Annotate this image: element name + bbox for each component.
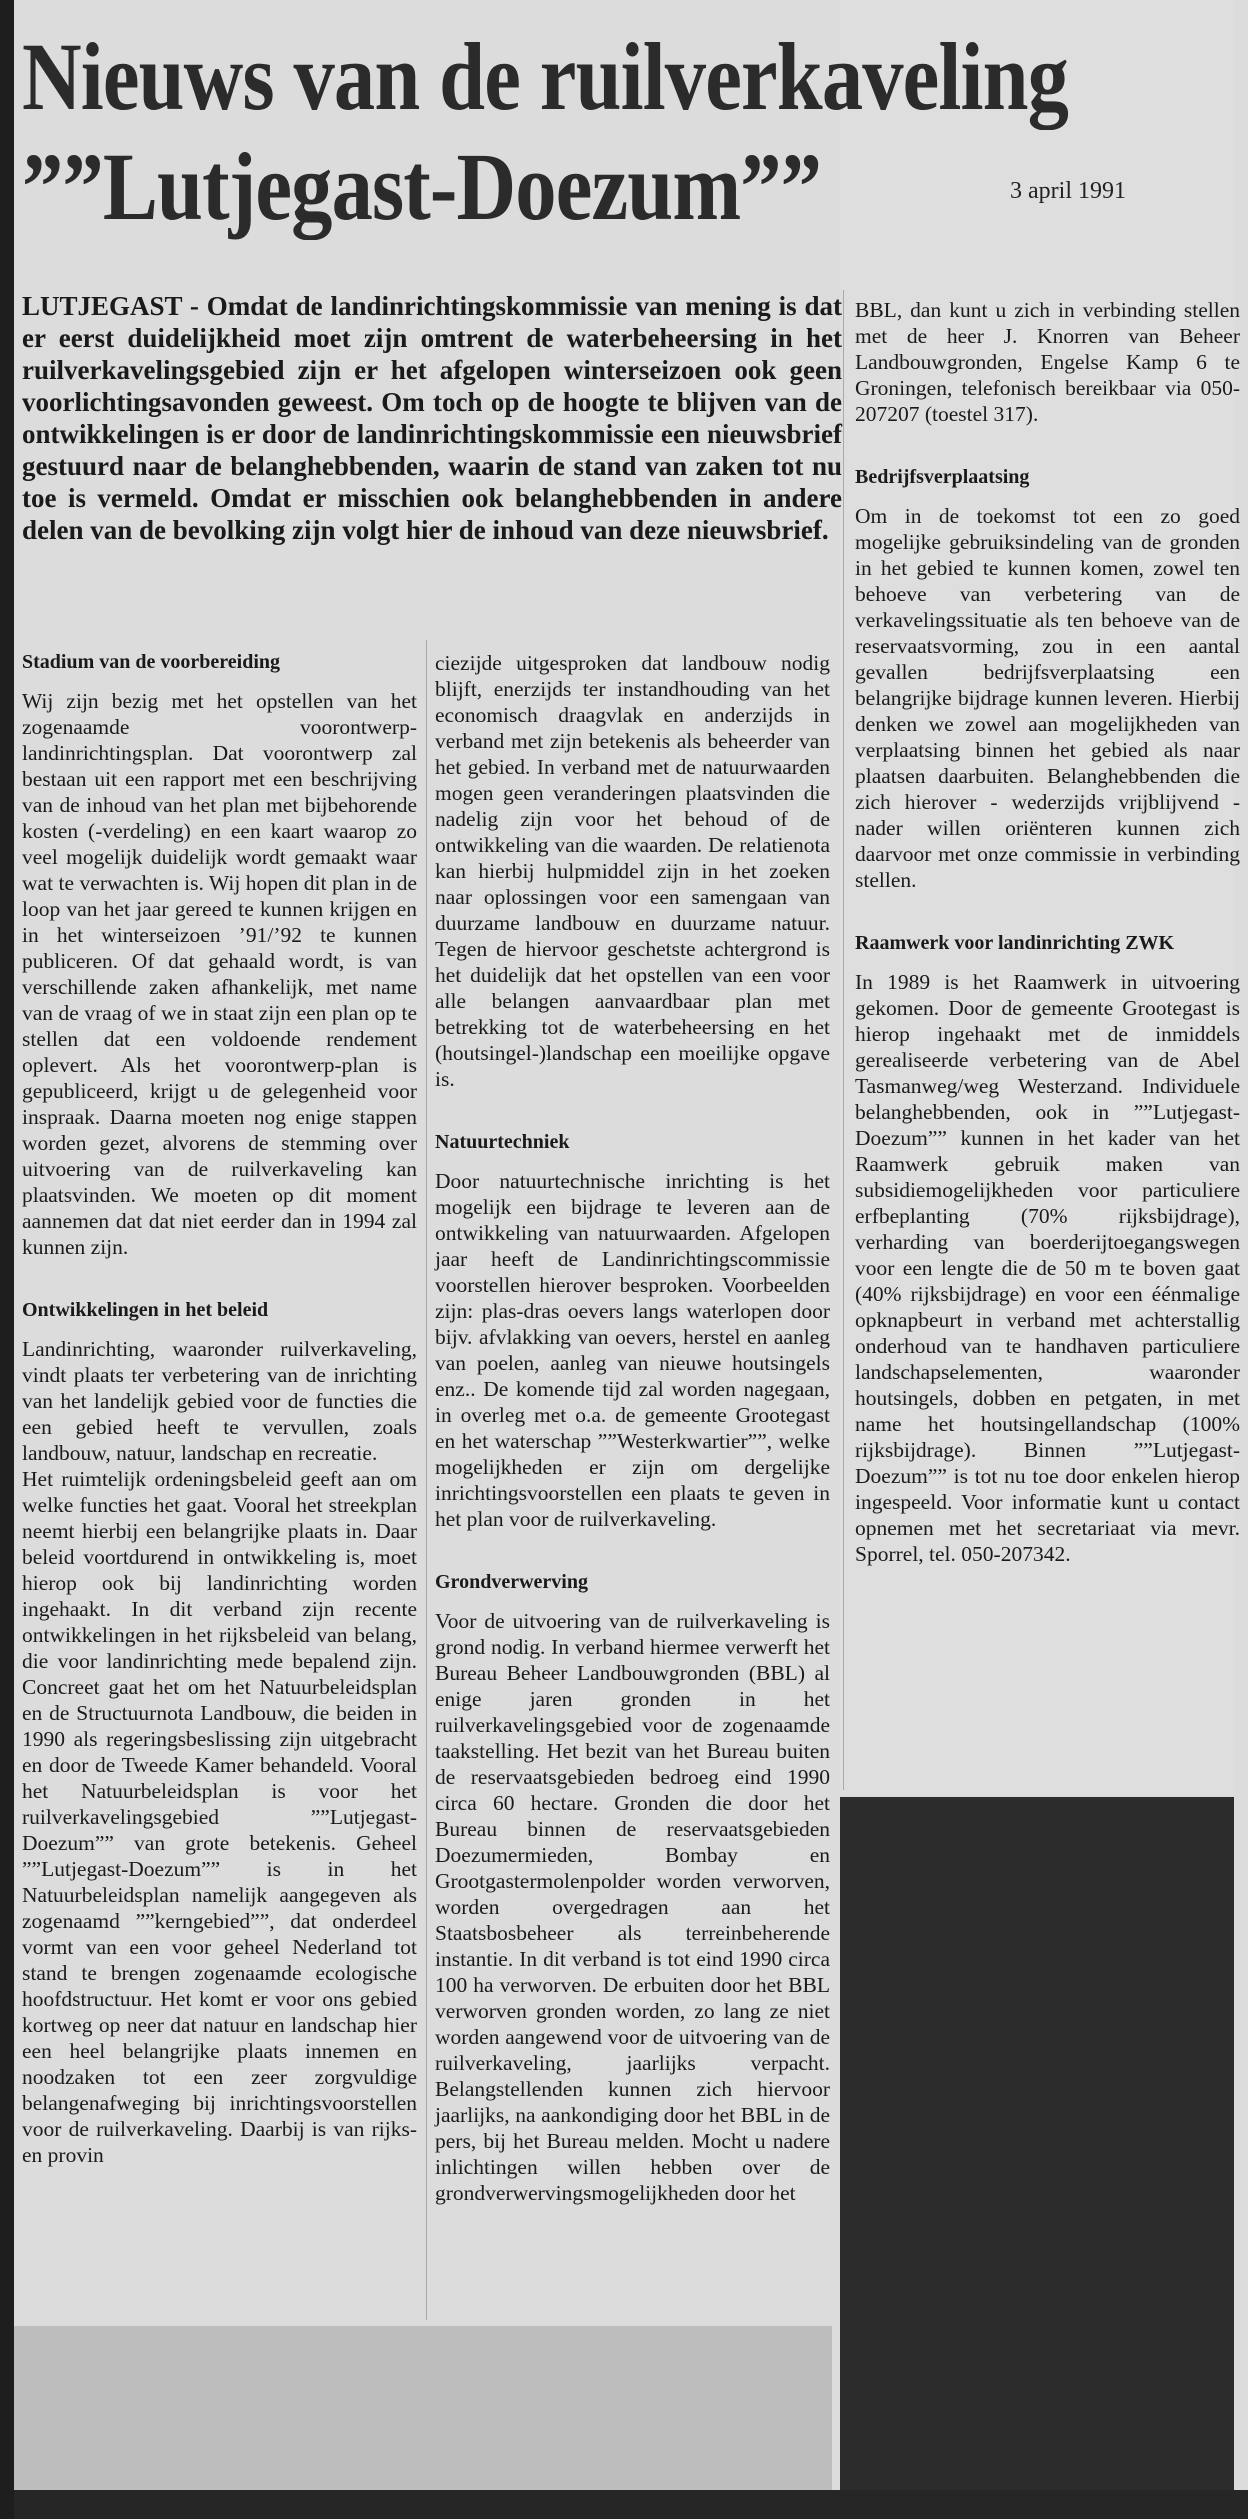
section-heading: Grondverwerving [435, 1570, 830, 1594]
section-body: Het ruimtelijk ordeningsbeleid geeft aan… [22, 1466, 417, 2168]
scan-bottom-edge [14, 2490, 1248, 2519]
column-rule-2 [843, 290, 844, 1790]
headline-line-2: ””Lutjegast-Doezum”” [22, 132, 1068, 242]
lead-dateline: LUTJEGAST [22, 291, 182, 321]
section-body: Landinrichting, waaronder ruilverkavelin… [22, 1336, 417, 1466]
section-body: Voor de uitvoering van de ruilverkavelin… [435, 1608, 830, 2206]
lead-paragraph: LUTJEGAST - Omdat de landinrichtingskomm… [22, 290, 842, 546]
section-body: BBL, dan kunt u zich in verbinding stell… [855, 297, 1240, 427]
headline: Nieuws van de ruilverkaveling ””Lutjegas… [22, 22, 1238, 242]
section-beleid-continued: ciezijde uitgesproken dat landbouw nodig… [435, 650, 830, 1092]
shaded-paper-fold-mid [422, 2326, 832, 2490]
section-body: In 1989 is het Raamwerk in uitvoering ge… [855, 969, 1240, 1567]
section-bedrijfsverplaatsing: Bedrijfsverplaatsing Om in de toekomst t… [855, 465, 1240, 893]
column-2: ciezijde uitgesproken dat landbouw nodig… [435, 650, 830, 2244]
headline-line-1: Nieuws van de ruilverkaveling [22, 22, 1068, 132]
section-stadium: Stadium van de voorbereiding Wij zijn be… [22, 650, 417, 1260]
section-heading: Natuurtechniek [435, 1130, 830, 1154]
section-raamwerk: Raamwerk voor landinrichting ZWK In 1989… [855, 931, 1240, 1567]
section-body: ciezijde uitgesproken dat landbouw nodig… [435, 650, 830, 1092]
section-body: Wij zijn bezig met het opstellen van het… [22, 688, 417, 1260]
section-natuurtechniek: Natuurtechniek Door natuurtechnische inr… [435, 1130, 830, 1532]
section-heading: Bedrijfsverplaatsing [855, 465, 1240, 489]
lead-text: - Omdat de landinrichtingskommissie van … [22, 291, 842, 545]
section-beleid: Ontwikkelingen in het beleid Landinricht… [22, 1298, 417, 2168]
scan-background-patch [840, 1797, 1234, 2519]
section-heading: Raamwerk voor landinrichting ZWK [855, 931, 1240, 955]
column-3: BBL, dan kunt u zich in verbinding stell… [855, 297, 1240, 1605]
publication-date: 3 april 1991 [1010, 178, 1126, 205]
section-grondverwerving: Grondverwerving Voor de uitvoering van d… [435, 1570, 830, 2206]
section-body: Om in de toekomst tot een zo goed mogeli… [855, 503, 1240, 893]
section-grondverwerving-continued: BBL, dan kunt u zich in verbinding stell… [855, 297, 1240, 427]
column-1: Stadium van de voorbereiding Wij zijn be… [22, 650, 417, 2206]
section-heading: Stadium van de voorbereiding [22, 650, 417, 674]
section-heading: Ontwikkelingen in het beleid [22, 1298, 417, 1322]
section-body: Door natuurtechnische inrichting is het … [435, 1168, 830, 1532]
shaded-paper-fold-left [14, 2326, 422, 2490]
scan-left-edge [0, 0, 14, 2519]
column-rule-1 [426, 640, 427, 2320]
